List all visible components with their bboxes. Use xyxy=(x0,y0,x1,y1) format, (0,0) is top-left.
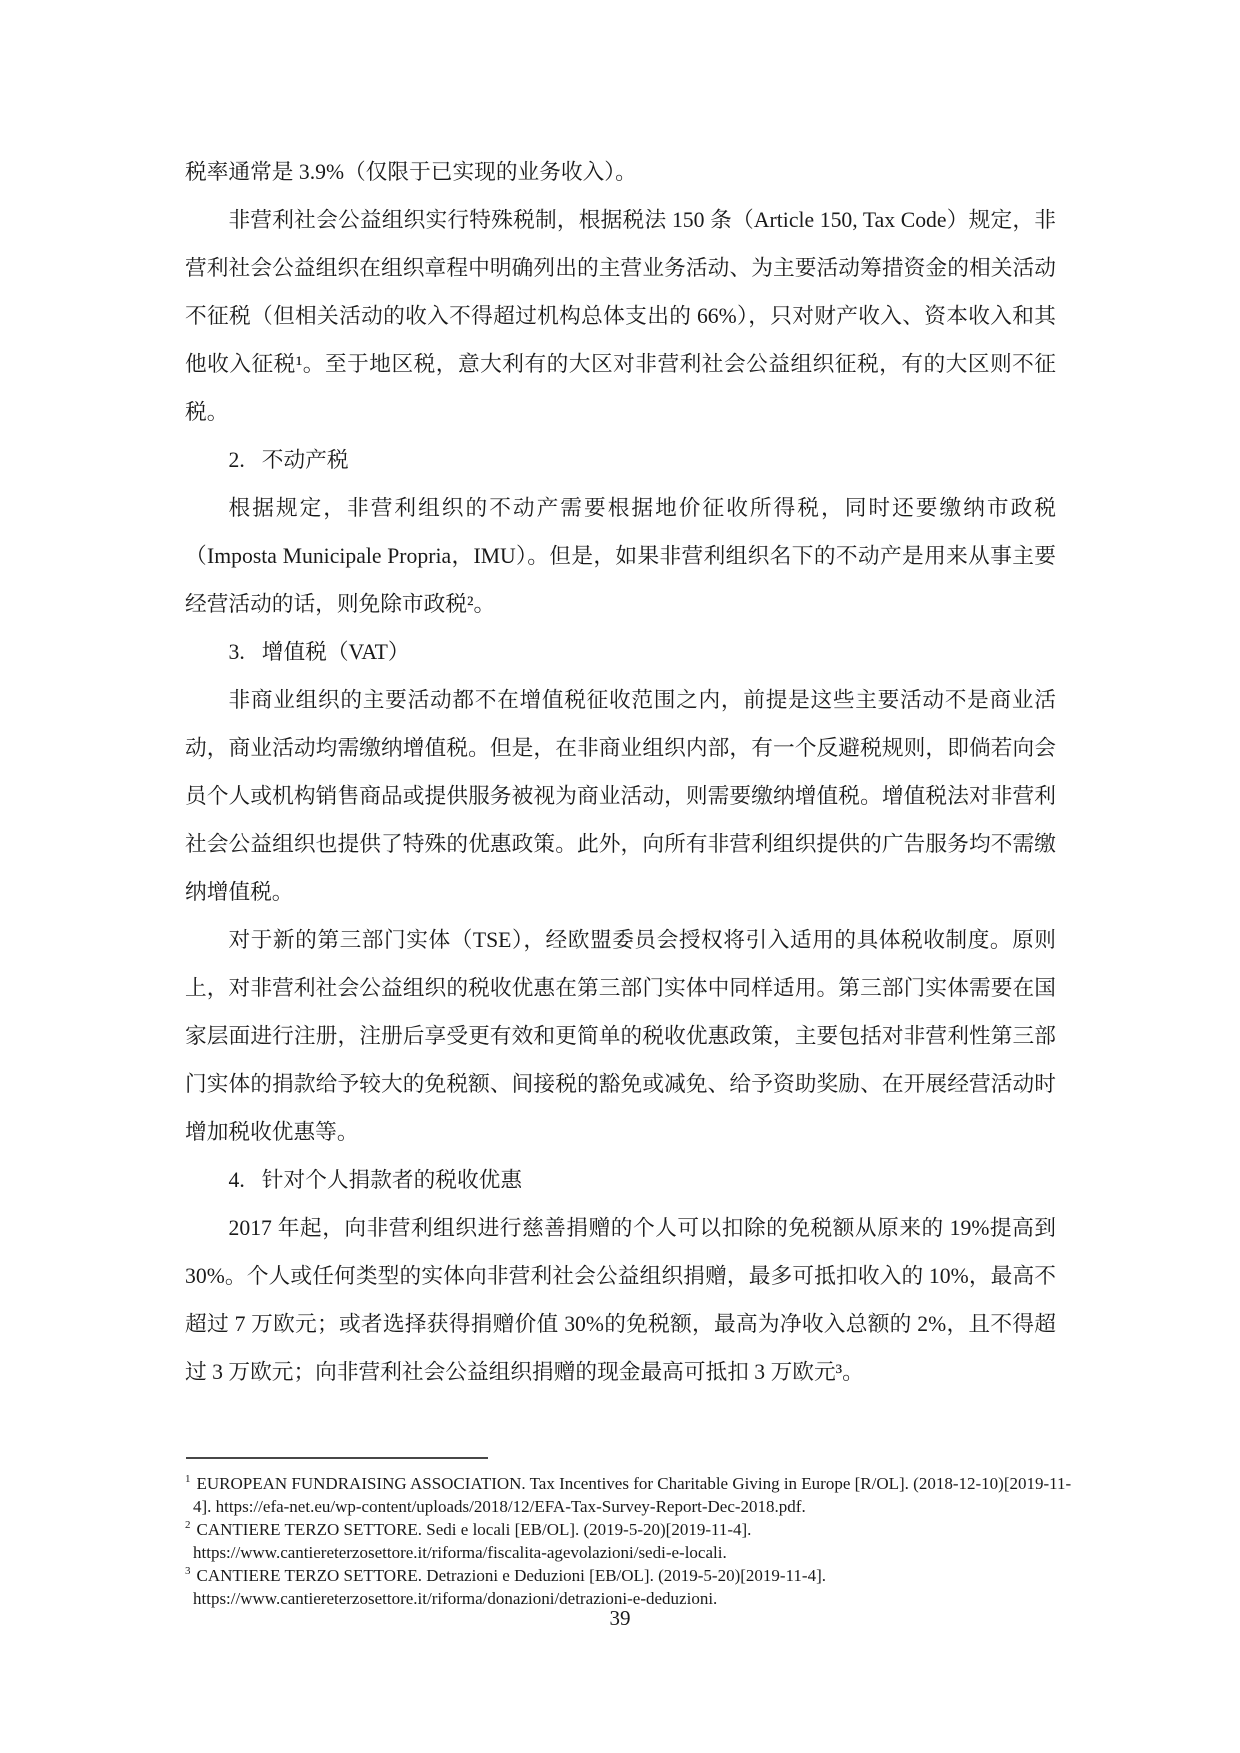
footnote-marker: 3 xyxy=(185,1565,191,1577)
footnote-separator xyxy=(186,1457,488,1459)
body-paragraph: 非营利社会公益组织实行特殊税制，根据税法 150 条（Article 150, … xyxy=(185,196,1056,436)
heading-text: 针对个人捐款者的税收优惠 xyxy=(262,1168,522,1192)
document-page: 税率通常是 3.9%（仅限于已实现的业务收入）。非营利社会公益组织实行特殊税制，… xyxy=(0,0,1240,1753)
document-body: 税率通常是 3.9%（仅限于已实现的业务收入）。非营利社会公益组织实行特殊税制，… xyxy=(185,148,1056,1396)
footnote-marker: 2 xyxy=(185,1519,191,1531)
heading-number: 3. xyxy=(229,640,245,664)
footnotes-section: 1EUROPEAN FUNDRAISING ASSOCIATION. Tax I… xyxy=(185,1472,1075,1610)
footnote-item: 2CANTIERE TERZO SETTORE. Sedi e locali [… xyxy=(185,1518,1075,1564)
footnote-marker: 1 xyxy=(185,1473,191,1485)
footnote-text: EUROPEAN FUNDRAISING ASSOCIATION. Tax In… xyxy=(193,1474,1071,1516)
heading-number: 4. xyxy=(229,1168,245,1192)
heading-number: 2. xyxy=(229,448,245,472)
page-number: 39 xyxy=(0,1605,1240,1631)
section-heading: 4.针对个人捐款者的税收优惠 xyxy=(185,1156,1056,1204)
body-paragraph: 税率通常是 3.9%（仅限于已实现的业务收入）。 xyxy=(185,148,1056,196)
heading-text: 不动产税 xyxy=(262,448,349,472)
body-paragraph: 根据规定，非营利组织的不动产需要根据地价征收所得税，同时还要缴纳市政税（Impo… xyxy=(185,484,1056,628)
body-paragraph: 对于新的第三部门实体（TSE），经欧盟委员会授权将引入适用的具体税收制度。原则上… xyxy=(185,916,1056,1156)
body-paragraph: 2017 年起，向非营利组织进行慈善捐赠的个人可以扣除的免税额从原来的 19%提… xyxy=(185,1204,1056,1396)
section-heading: 3.增值税（VAT） xyxy=(185,628,1056,676)
section-heading: 2.不动产税 xyxy=(185,436,1056,484)
footnote-text: CANTIERE TERZO SETTORE. Sedi e locali [E… xyxy=(193,1520,751,1562)
body-paragraph: 非商业组织的主要活动都不在增值税征收范围之内，前提是这些主要活动不是商业活动，商… xyxy=(185,676,1056,916)
footnote-item: 1EUROPEAN FUNDRAISING ASSOCIATION. Tax I… xyxy=(185,1472,1075,1518)
footnote-item: 3CANTIERE TERZO SETTORE. Detrazioni e De… xyxy=(185,1564,1075,1610)
heading-text: 增值税（VAT） xyxy=(262,640,410,664)
footnote-text: CANTIERE TERZO SETTORE. Detrazioni e Ded… xyxy=(193,1566,826,1608)
